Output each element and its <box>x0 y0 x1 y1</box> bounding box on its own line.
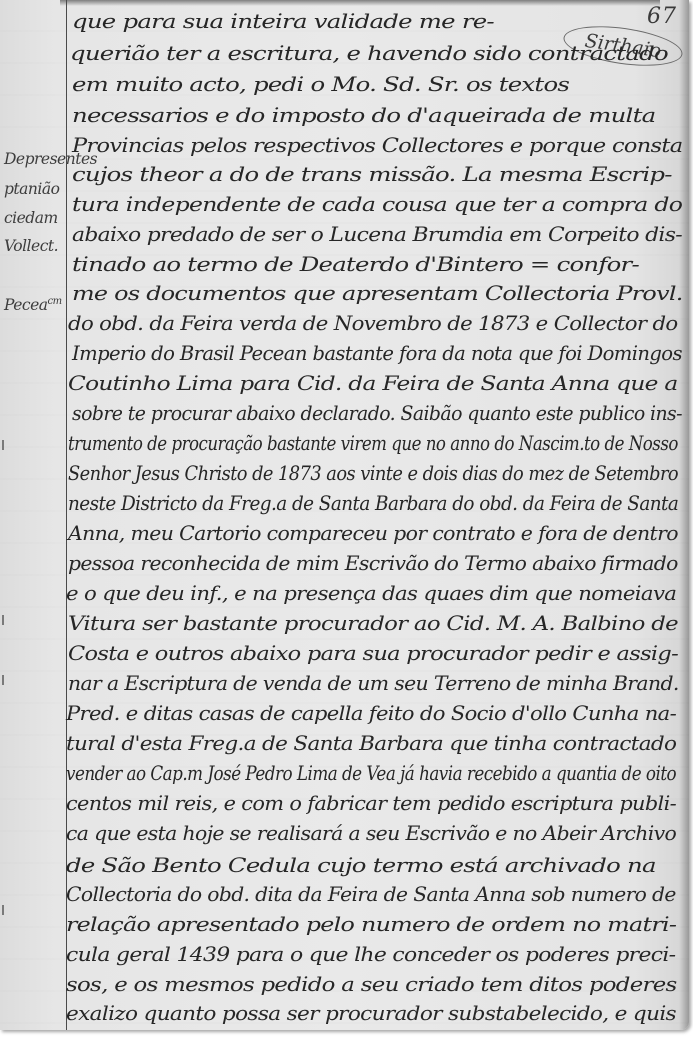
text-line: Imperio do Brasil Pecean bastante fora d… <box>72 340 682 368</box>
text-line: abaixo predado de ser o Lucena Brumdia e… <box>72 221 682 249</box>
text-line: do obd. da Feira verda de Novembro de 18… <box>68 310 678 338</box>
page-number: 67 <box>647 4 677 29</box>
margin-tick <box>2 905 4 915</box>
text-line: trumento de procuração bastante virem qu… <box>68 430 678 458</box>
text-line: e o que deu inf., e na presença das quae… <box>66 580 676 608</box>
text-line: nar a Escriptura de venda de um seu Terr… <box>68 670 679 698</box>
text-line: em muito acto, pedi o Mo. Sd. Sr. os tex… <box>72 71 569 99</box>
top-edge-shadow <box>60 0 660 6</box>
text-line: sobre te procurar abaixo declarado. Saib… <box>72 400 682 428</box>
text-line: Provincias pelos respectivos Collectores… <box>72 132 682 160</box>
margin-tick <box>2 615 4 625</box>
text-line: tinado ao termo de Deaterdo d'Bintero = … <box>72 251 639 279</box>
text-line: Coutinho Lima para Cid. da Feira de Sant… <box>68 370 678 398</box>
margin-note: ciedam <box>4 209 58 227</box>
text-line: tura independente de cada cousa que ter … <box>72 191 682 219</box>
margin-tick <box>2 675 4 685</box>
text-line: relação apresentado pelo numero de ordem… <box>66 911 676 939</box>
text-line: centos mil reis, e com o fabricar tem pe… <box>66 790 676 818</box>
margin-tick <box>2 440 4 450</box>
text-line: Pred. e ditas casas de capella feito do … <box>66 700 676 728</box>
text-line: neste Districto da Freg.a de Santa Barba… <box>68 490 678 518</box>
margin-note: ptanião <box>4 180 59 198</box>
text-line: de São Bento Cedula cujo termo está arch… <box>66 852 656 880</box>
text-line: Collectoria do obd. dita da Feira de San… <box>66 881 676 909</box>
text-line: ca que esta hoje se realisará a seu Escr… <box>66 820 676 848</box>
text-line: querião ter a escritura, e havendo sido … <box>70 40 668 68</box>
text-line: Anna, meu Cartorio compareceu por contra… <box>68 520 678 548</box>
text-line: cula geral 1439 para o que lhe conceder … <box>66 941 675 969</box>
margin-note-text: Pecea <box>4 296 48 314</box>
margin-note: Vollect. <box>4 237 58 255</box>
text-line: tural d'esta Freg.a de Santa Barbara que… <box>66 730 676 758</box>
text-line: exalizo quanto possa ser procurador subs… <box>66 1000 676 1028</box>
margin-note: Peceacm <box>4 296 62 314</box>
text-line: me os documentos que apresentam Collecto… <box>72 280 683 308</box>
text-line: Vitura ser bastante procurador ao Cid. M… <box>68 610 678 638</box>
text-line: Costa e outros abaixo para sua procurado… <box>68 640 678 668</box>
margin-note-superscript: cm <box>48 296 62 307</box>
text-line: sos, e os mesmos pedido a seu criado tem… <box>66 971 677 999</box>
text-line: Senhor Jesus Christo de 1873 aos vinte e… <box>68 460 678 488</box>
text-line: necessarios e do imposto do d'aqueirada … <box>72 102 655 130</box>
text-line: cujos theor a do de trans missão. La mes… <box>72 161 672 189</box>
text-line: pessoa reconhecida de mim Escrivão do Te… <box>68 550 678 578</box>
text-line: que para sua inteira validade me re- <box>72 8 494 36</box>
manuscript-page: 67 Sirthaio Depresentes ptanião ciedam V… <box>0 0 689 1030</box>
text-line: vender ao Cap.m José Pedro Lima de Vea j… <box>66 760 676 788</box>
